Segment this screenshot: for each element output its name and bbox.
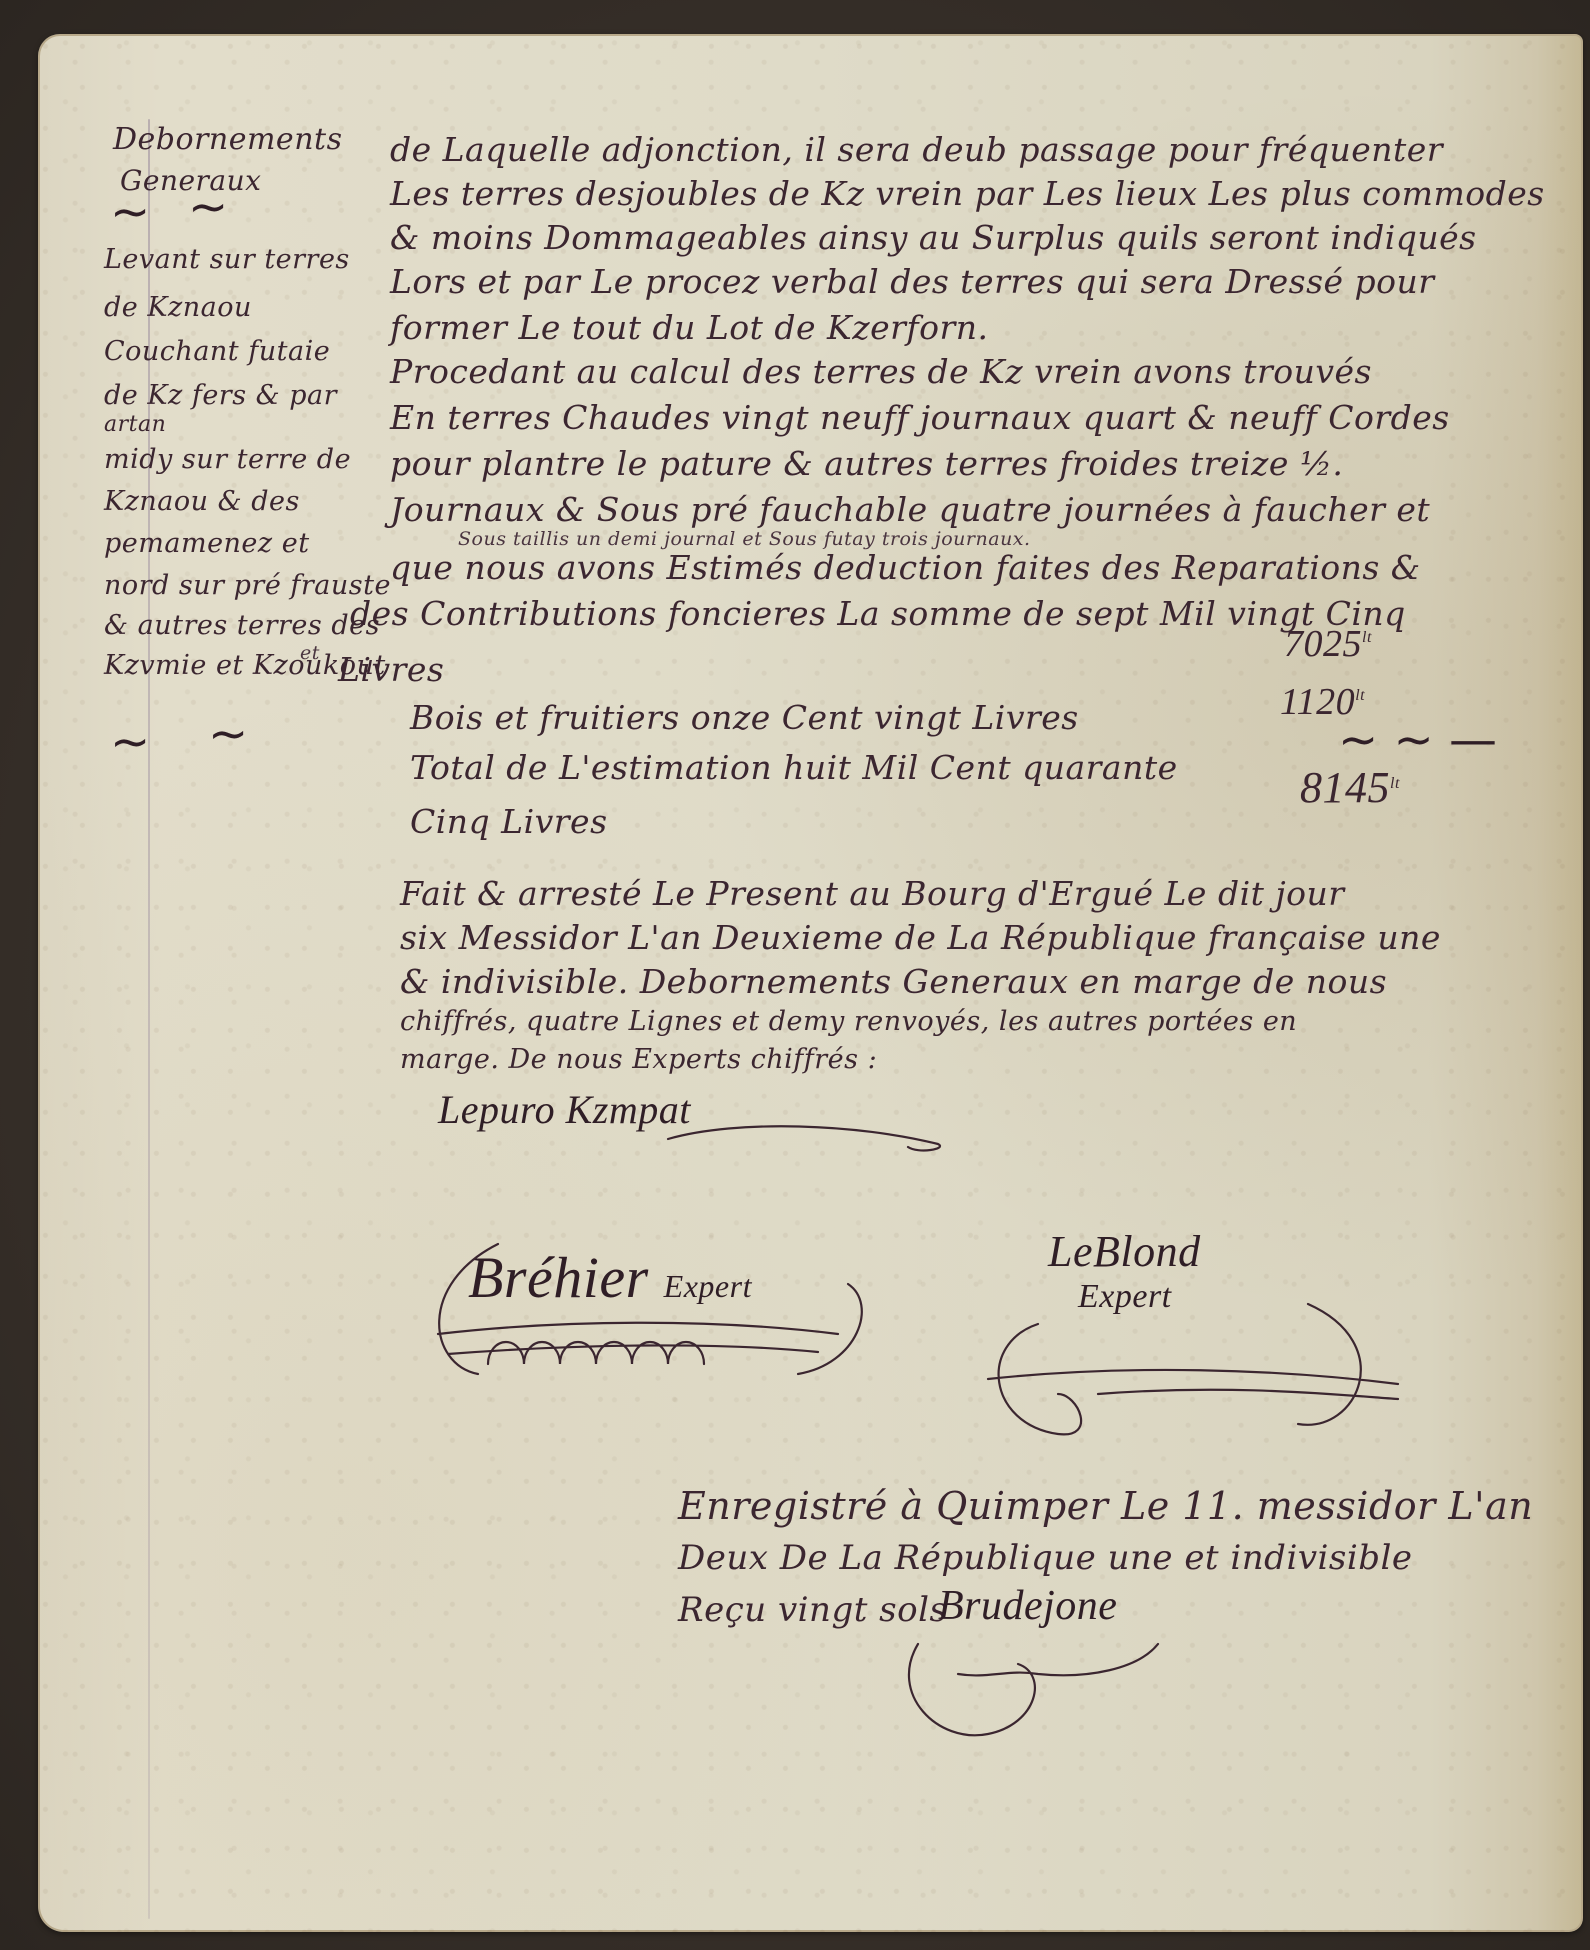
amount-value: 8145	[1300, 763, 1390, 812]
margin-tilde: ∼	[188, 179, 228, 235]
body-line: & moins Dommageables ainsy au Surplus qu…	[390, 218, 1477, 257]
livres-word: Livres	[338, 650, 444, 689]
signature-flourish	[658, 1119, 958, 1159]
margin-line: pemamenez et	[104, 528, 310, 559]
amount-unit: lt	[1355, 687, 1365, 704]
margin-line: de Kznaou	[104, 292, 252, 323]
registration-line: Enregistré à Quimper Le 11. messidor L'a…	[678, 1484, 1533, 1528]
margin-heading-1: Debornements	[113, 122, 342, 157]
registration-signature-flourish	[888, 1634, 1218, 1754]
margin-line: midy sur terre de	[104, 444, 351, 475]
margin-line: Couchant futaie	[104, 336, 330, 367]
margin-tilde: ∼	[110, 714, 150, 770]
margin-tilde: ∼	[110, 184, 150, 240]
registration-line: Reçu vingt sols	[678, 1590, 947, 1630]
valuation-line: des Contributions foncieres La somme de …	[350, 594, 1406, 633]
body-line: de Laquelle adjonction, il sera deub pas…	[390, 130, 1443, 169]
valuation-line: Procedant au calcul des terres de Kz vre…	[390, 352, 1372, 391]
livres-prefix: et	[300, 642, 320, 664]
signature-expert-1-flourish	[418, 1224, 978, 1404]
body-line: former Le tout du Lot de Kzerforn.	[390, 308, 989, 347]
valuation-line: que nous avons Estimés deduction faites …	[390, 548, 1421, 587]
line-filler: ∼ ∼ —	[1338, 712, 1497, 768]
registration-line: Deux De La République une et indivisible	[678, 1538, 1412, 1578]
amount-unit: lt	[1362, 629, 1372, 646]
margin-line: de Kz fers & par	[104, 380, 337, 411]
closing-line: chiffrés, quatre Lignes et demy renvoyés…	[400, 1006, 1297, 1037]
margin-line: & autres terres des	[104, 610, 380, 641]
total-continuation: Cinq Livres	[410, 802, 608, 841]
valuation-line: pour plantre le pature & autres terres f…	[390, 444, 1343, 483]
signature-expert-2-flourish	[978, 1284, 1408, 1444]
signature-first: Lepuro Kzmpat	[438, 1086, 691, 1133]
amount-terres: 7025lt	[1284, 622, 1372, 666]
amount-unit: lt	[1390, 775, 1400, 792]
registration-signature: Brudejone	[938, 1582, 1117, 1630]
valuation-line: En terres Chaudes vingt neuff journaux q…	[390, 398, 1450, 437]
signature-expert-2-name: LeBlond	[1048, 1226, 1201, 1277]
margin-line: Levant sur terres	[104, 244, 350, 275]
closing-line: & indivisible. Debornements Generaux en …	[400, 962, 1387, 1001]
margin-line: Kznaou & des	[104, 486, 300, 517]
manuscript-page: Debornements Generaux ∼ ∼ Levant sur ter…	[38, 34, 1583, 1932]
amount-total: 8145lt	[1300, 762, 1400, 813]
amount-value: 7025	[1284, 623, 1362, 665]
closing-line: Fait & arresté Le Present au Bourg d'Erg…	[400, 874, 1345, 913]
closing-line: marge. De nous Experts chiffrés :	[400, 1044, 877, 1075]
margin-line: artan	[104, 412, 166, 437]
margin-line: nord sur pré frauste	[104, 570, 391, 601]
closing-line: six Messidor L'an Deuxieme de La Républi…	[400, 918, 1441, 957]
interlinear-note: Sous taillis un demi journal et Sous fut…	[458, 528, 1031, 550]
total-line: Total de L'estimation huit Mil Cent quar…	[410, 748, 1178, 787]
margin-tilde: ∼	[208, 706, 248, 762]
valuation-line: Journaux & Sous pré fauchable quatre jou…	[390, 490, 1430, 529]
body-line: Les terres desjoubles de Kz vrein par Le…	[390, 174, 1545, 213]
bois-line: Bois et fruitiers onze Cent vingt Livres	[410, 698, 1079, 737]
body-line: Lors et par Le procez verbal des terres …	[390, 262, 1435, 301]
